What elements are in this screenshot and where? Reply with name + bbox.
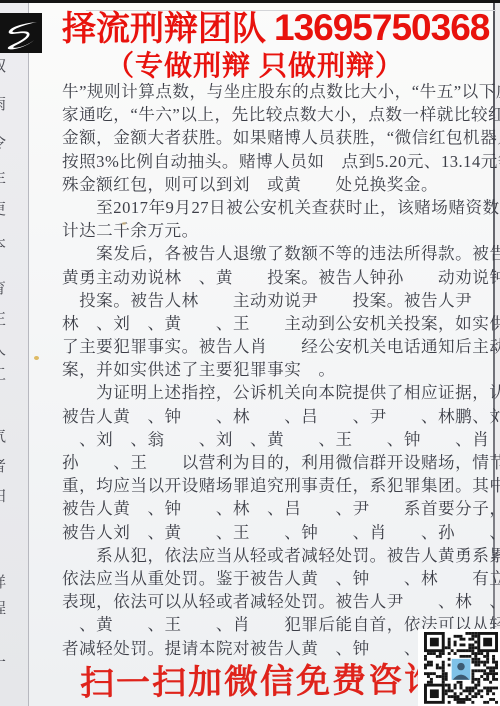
document-line: 重，均应当以开设赌场罪追究刑事责任，系犯罪集团。其中，: [62, 474, 446, 497]
document-line: 被告人黄 、钟 、林 、吕 、尹 、林鹏、刘: [62, 405, 446, 428]
page-margin-fragment: 双: [0, 60, 9, 75]
page-margin-fragment: 工: [0, 368, 9, 383]
scan-speck: [34, 356, 39, 360]
page-margin-fragment: 气: [0, 430, 9, 445]
page-margin-fragment: 、: [0, 398, 9, 413]
page-margin-fragment: 本: [0, 238, 9, 253]
team-name-text: 择流刑辩团队: [62, 11, 266, 48]
law-firm-logo z-swoosh-icon: [0, 13, 42, 53]
document-line: 依法应当从重处罚。鉴于被告人黄 、钟 、林 有立功: [62, 567, 446, 590]
scanned-court-document-page: 双雨令主更本育正人工、气者旧“、样程”一 择流刑辩团队13695750368 （…: [0, 0, 500, 706]
phone-number: 13695750368: [274, 7, 489, 48]
document-line: 林 、刘 、黄 、王 主动到公安机关投案，如实供述: [62, 312, 446, 335]
document-line: 为证明上述指控，公诉机关向本院提供了相应证据，认为: [62, 381, 446, 404]
document-line: 计达二千余万元。: [62, 219, 446, 242]
page-margin-fragment: 主: [0, 171, 9, 186]
scan-speck: [122, 222, 126, 225]
page-margin-fragment: 样: [0, 576, 9, 591]
document-line: 系从犯，依法应当从轻或者减轻处罚。被告人黄勇系累犯，: [62, 544, 446, 567]
document-line: 表现，依法可以从轻或者减轻处罚。被告人尹 、林 、刘: [62, 590, 446, 613]
watermark-footer-cta: 扫一扫加微信免费咨询: [80, 652, 440, 705]
page-margin-fragment: 正: [0, 313, 9, 328]
document-line: 金额，金额大者获胜。如果赌博人员获胜，“微信红包机器人”: [62, 126, 446, 149]
document-body-text: 牛”规则计算点数，与坐庄股东的点数比大小，“牛五”以下庄家通吃，“牛六”以上，先…: [62, 80, 446, 660]
document-line: 投案。被告人林 主动劝说尹 投案。被告人尹 、: [62, 289, 446, 312]
document-line: 牛”规则计算点数，与坐庄股东的点数比大小，“牛五”以下庄: [62, 80, 446, 103]
document-line: 、黄 、王 、肖 犯罪后能自首，依法可以从轻或: [62, 613, 446, 636]
document-line: 了主要犯罪事实。被告人肖 经公安机关电话通知后主动到: [62, 335, 446, 358]
page-margin-fragment: 更: [0, 203, 9, 218]
document-line: 至2017年9月27日被公安机关查获时止，该赌场赌资数额累: [62, 196, 446, 219]
document-line: 、刘 、翁 、刘 、黄 、王 、钟 、肖 、: [62, 428, 446, 451]
page-margin-fragment: 程: [0, 602, 9, 617]
page-margin-fragment: 者: [0, 460, 9, 475]
document-line: 按照3%比例自动抽头。赌博人员如 点到5.20元、13.14元等特: [62, 150, 446, 173]
page-margin-fragment: 人: [0, 343, 9, 358]
document-line: 被告人刘 、黄 、王 、钟 、肖 、孙 、王: [62, 521, 446, 544]
page-margin-fragment: 雨: [0, 98, 9, 113]
document-line: 黄勇主动劝说林 、黄 投案。被告人钟孙 动劝说钟: [62, 266, 446, 289]
document-line: 殊金额红包，则可以到刘 或黄 处兑换奖金。: [62, 173, 446, 196]
page-margin-fragment: “: [0, 520, 9, 535]
document-line: 案，并如实供述了主要犯罪事实 。: [62, 358, 446, 381]
document-line: 案发后，各被告人退缴了数额不等的违法所得款。被告人: [62, 242, 446, 265]
page-margin-fragment: 一: [0, 656, 9, 671]
page-fold-line: [28, 0, 29, 706]
page-margin-fragment: 旧: [0, 490, 9, 505]
document-line: 被告人黄 、钟 、林 、吕 、尹 系首要分子，: [62, 497, 446, 520]
page-margin-fragment: 育: [0, 282, 9, 297]
document-line: 家通吃，“牛六”以上，先比较点数大小，点数一样就比较红包: [62, 103, 446, 126]
scan-top-edge: [0, 0, 500, 3]
page-margin-fragment: 令: [0, 136, 9, 151]
watermark-tagline: （专做刑辩 只做刑辩）: [106, 44, 404, 84]
document-line: 孙 、王 以营利为目的，利用微信群开设赌场，情节严: [62, 451, 446, 474]
wechat-qr-code: [418, 629, 500, 706]
page-margin-fragment: 、: [0, 548, 9, 563]
page-margin-fragment: ”: [0, 628, 9, 643]
